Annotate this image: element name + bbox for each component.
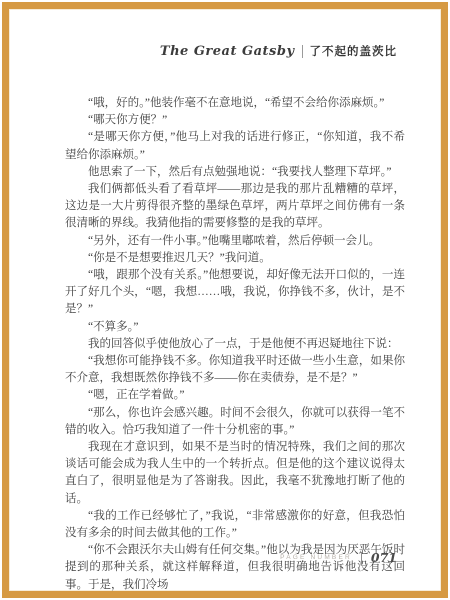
paragraph: “我的工作已经够忙了，”我说，“非常感激你的好意，但我恐怕没有多余的时间去做其他… xyxy=(65,508,405,542)
page-number-label: PAGE NUMBER xyxy=(280,554,352,561)
paragraph: 我的回答似乎使他放心了一点，于是他便不再迟疑地往下说： xyxy=(65,336,405,353)
header-separator-line xyxy=(302,45,303,58)
page-border-frame: The Great Gatsby 了不起的盖茨比 “哦，好的。”他装作毫不在意地… xyxy=(2,2,448,598)
paragraph: 我们俩都低头看了看草坪——那边是我的那片乱糟糟的草坪，这边是一大片剪得很齐整的墨… xyxy=(65,181,405,233)
footer-separator-line xyxy=(361,552,362,564)
paragraph: 我现在才意识到，如果不是当时的情况特殊，我们之间的那次谈话可能会成为我人生中的一… xyxy=(65,439,405,508)
paragraph: “是哪天你方便，”他马上对我的话进行修正，“你知道，我不希望给你添麻烦。” xyxy=(65,129,405,163)
book-title-english: The Great Gatsby xyxy=(160,44,295,59)
page-footer: PAGE NUMBER 071 xyxy=(280,550,397,565)
running-header: The Great Gatsby 了不起的盖茨比 xyxy=(160,43,397,59)
paragraph: “哦，跟那个没有关系。”他想要说，却好像无法开口似的，一连开了好几个头，“嗯，我… xyxy=(65,267,405,319)
paragraph: “那么，你也许会感兴趣。时间不会很久，你就可以获得一笔不错的收入。恰巧我知道了一… xyxy=(65,405,405,439)
page-body-text: “哦，好的。”他装作毫不在意地说，“希望不会给你添麻烦。”“哪天你方便？”“是哪… xyxy=(65,95,405,594)
paragraph: “我想你可能挣钱不多。你知道我平时还做一些小生意，如果你不介意，我想既然你挣钱不… xyxy=(65,353,405,387)
paragraph: “不算多。” xyxy=(65,319,405,336)
paragraph: “哦，好的。”他装作毫不在意地说，“希望不会给你添麻烦。” xyxy=(65,95,405,112)
book-title-chinese: 了不起的盖茨比 xyxy=(310,43,398,59)
page-number: 071 xyxy=(371,550,397,565)
paragraph: 他思索了一下，然后有点勉强地说：“我要找人整理下草坪。” xyxy=(65,164,405,181)
paragraph: “嗯，正在学着做。” xyxy=(65,387,405,404)
paragraph: “另外，还有一件小事。”他嘴里嘟哝着，然后停顿一会儿。 xyxy=(65,233,405,250)
paragraph: “你是不是想要推迟几天？”我问道。 xyxy=(65,250,405,267)
paragraph: “哪天你方便？” xyxy=(65,112,405,129)
